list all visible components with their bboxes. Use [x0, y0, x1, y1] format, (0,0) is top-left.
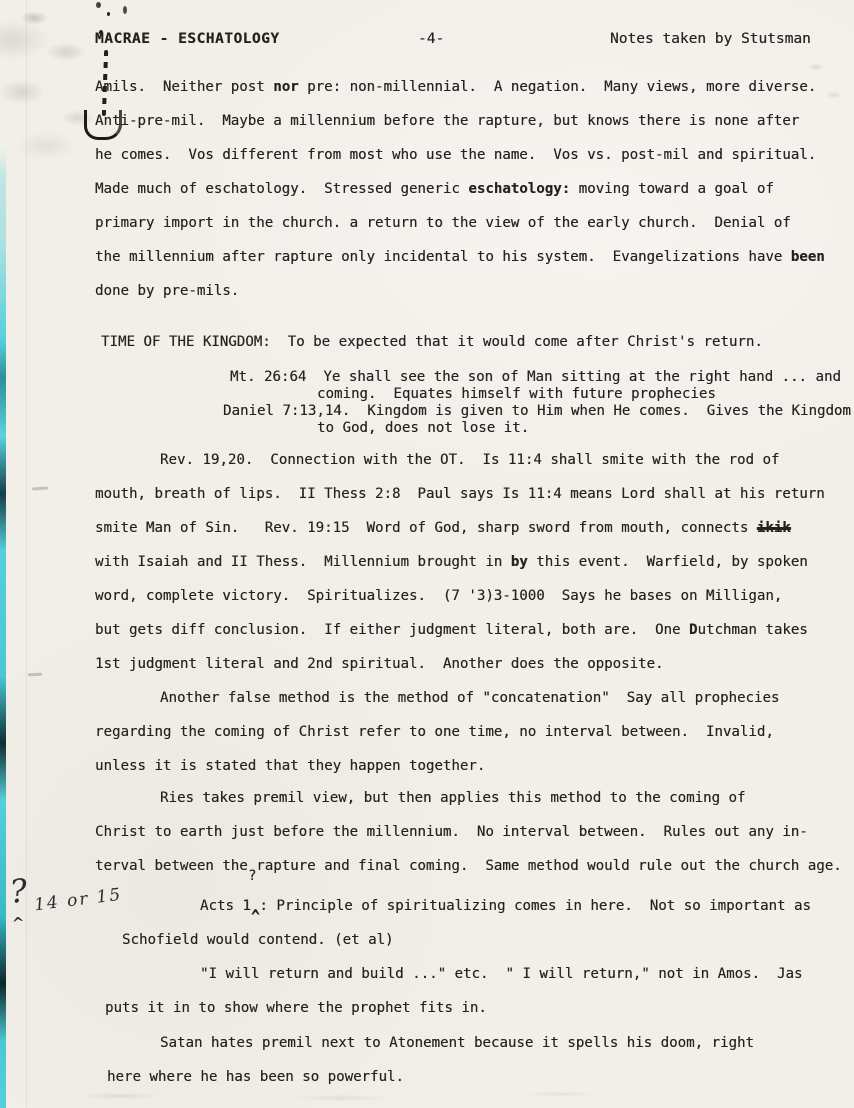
- text-line: "I will return and build ..." etc. " I w…: [95, 957, 854, 991]
- text-segment: by: [511, 554, 528, 570]
- text-segment: 1st judgment literal and 2nd spiritual. …: [95, 656, 664, 672]
- text-segment: Schofield would contend. (et al): [122, 932, 394, 948]
- text-line: Made much of eschatology. Stressed gener…: [95, 172, 854, 206]
- text-segment: with Isaiah and II Thess. Millennium bro…: [95, 554, 511, 570]
- text-line: Ries takes premil view, but then applies…: [95, 781, 854, 815]
- text-segment: he comes. Vos different from most who us…: [95, 147, 816, 163]
- text-segment: been: [791, 249, 825, 265]
- struck-out-word: ikik: [757, 520, 791, 536]
- ink-dot: [107, 12, 110, 16]
- text-segment: but gets diff conclusion. If either judg…: [95, 622, 689, 638]
- text-segment: Made much of eschatology. Stressed gener…: [95, 181, 468, 197]
- text-line: puts it in to show where the prophet fit…: [95, 991, 854, 1025]
- text-line: to God, does not lose it.: [95, 420, 854, 437]
- text-segment: Mt. 26:64 Ye shall see the son of Man si…: [230, 369, 841, 385]
- text-segment: coming. Equates himself with future prop…: [317, 386, 716, 402]
- text-segment: puts it in to show where the prophet fit…: [105, 1000, 487, 1016]
- paragraph-block: Rev. 19,20. Connection with the OT. Is 1…: [95, 443, 854, 681]
- text-segment: pre: non-millennial. A negation. Many vi…: [299, 79, 817, 95]
- paragraph-block: Satan hates premil next to Atonement bec…: [95, 1026, 854, 1094]
- text-line: word, complete victory. Spiritualizes. (…: [95, 579, 854, 613]
- text-line: terval between the rapture and final com…: [95, 849, 854, 883]
- text-line: Christ to earth just before the millenni…: [95, 815, 854, 849]
- text-segment: TIME OF THE KINGDOM: To be expected that…: [101, 334, 763, 350]
- text-segment: nor: [273, 79, 298, 95]
- handwritten-question-mark: ?: [8, 875, 28, 907]
- text-line: regarding the coming of Christ refer to …: [95, 715, 854, 749]
- text-line: Satan hates premil next to Atonement bec…: [95, 1026, 854, 1060]
- scan-edge-artifact: [0, 148, 6, 1108]
- text-segment: utchman takes: [697, 622, 807, 638]
- page-number: -4-: [418, 30, 444, 48]
- text-segment: Ries takes premil view, but then applies…: [160, 790, 745, 806]
- text-segment: the millennium after rapture only incide…: [95, 249, 791, 265]
- text-line: smite Man of Sin. Rev. 19:15 Word of God…: [95, 511, 854, 545]
- paragraph-block: TIME OF THE KINGDOM: To be expected that…: [95, 325, 854, 359]
- text-segment: "I will return and build ..." etc. " I w…: [200, 966, 802, 982]
- typed-text-body: Amils. Neither post nor pre: non-millenn…: [95, 70, 854, 1094]
- text-line: Another false method is the method of "c…: [95, 681, 854, 715]
- text-line: primary import in the church. a return t…: [95, 206, 854, 240]
- text-segment: this event. Warfield, by spoken: [528, 554, 808, 570]
- text-line: he comes. Vos different from most who us…: [95, 138, 854, 172]
- paragraph-block: Ries takes premil view, but then applies…: [95, 781, 854, 883]
- text-segment: word, complete victory. Spiritualizes. (…: [95, 588, 782, 604]
- text-segment: to God, does not lose it.: [317, 420, 529, 436]
- text-line: Acts 1 : Principle of spiritualizing com…: [95, 889, 854, 923]
- text-segment: done by pre-mils.: [95, 283, 239, 299]
- text-segment: Anti-pre-mil. Maybe a millennium before …: [95, 113, 799, 129]
- text-line: mouth, breath of lips. II Thess 2:8 Paul…: [95, 477, 854, 511]
- paragraph-block: Acts 1 : Principle of spiritualizing com…: [95, 889, 854, 957]
- typed-caret-mark: ^: [251, 905, 260, 928]
- text-line: Rev. 19,20. Connection with the OT. Is 1…: [95, 443, 854, 477]
- text-line: Anti-pre-mil. Maybe a millennium before …: [95, 104, 854, 138]
- typed-question-mark: ?: [248, 868, 256, 884]
- attribution: Notes taken by Stutsman: [610, 30, 811, 48]
- text-segment: Rev. 19,20. Connection with the OT. Is 1…: [160, 452, 779, 468]
- text-line: unless it is stated that they happen tog…: [95, 749, 854, 783]
- text-line: coming. Equates himself with future prop…: [95, 386, 854, 403]
- text-segment: unless it is stated that they happen tog…: [95, 758, 485, 774]
- text-segment: Daniel 7:13,14. Kingdom is given to Him …: [223, 403, 851, 419]
- paragraph-block: Amils. Neither post nor pre: non-millenn…: [95, 70, 854, 308]
- text-line: Daniel 7:13,14. Kingdom is given to Him …: [95, 403, 854, 420]
- paragraph-block: Mt. 26:64 Ye shall see the son of Man si…: [95, 369, 854, 437]
- text-segment: Christ to earth just before the millenni…: [95, 824, 808, 840]
- ink-dot: [96, 2, 101, 8]
- text-line: with Isaiah and II Thess. Millennium bro…: [95, 545, 854, 579]
- paragraph-block: "I will return and build ..." etc. " I w…: [95, 957, 854, 1025]
- text-line: the millennium after rapture only incide…: [95, 240, 854, 274]
- text-segment: eschatology:: [468, 181, 570, 197]
- text-line: but gets diff conclusion. If either judg…: [95, 613, 854, 647]
- text-segment: mouth, breath of lips. II Thess 2:8 Paul…: [95, 486, 825, 502]
- text-segment: moving toward a goal of: [570, 181, 774, 197]
- text-segment: Satan hates premil next to Atonement bec…: [160, 1035, 754, 1051]
- text-segment: Acts 1 : Principle of spiritualizing com…: [200, 898, 811, 914]
- text-segment: smite Man of Sin. Rev. 19:15 Word of God…: [95, 520, 757, 536]
- text-segment: primary import in the church. a return t…: [95, 215, 791, 231]
- text-line: done by pre-mils.: [95, 274, 854, 308]
- text-segment: here where he has been so powerful.: [107, 1069, 404, 1085]
- scanned-typewritten-page: MACRAE - ESCHATOLOGY -4- Notes taken by …: [0, 0, 854, 1108]
- pencil-mark: [32, 486, 48, 490]
- pencil-mark: [28, 673, 42, 677]
- text-segment: Another false method is the method of "c…: [160, 690, 779, 706]
- text-segment: regarding the coming of Christ refer to …: [95, 724, 774, 740]
- course-title: MACRAE - ESCHATOLOGY: [95, 30, 280, 48]
- ink-dot: [123, 6, 127, 14]
- handwritten-caret: ^: [11, 913, 25, 932]
- text-line: 1st judgment literal and 2nd spiritual. …: [95, 647, 854, 681]
- page-fold-line: [26, 0, 27, 1108]
- text-line: Mt. 26:64 Ye shall see the son of Man si…: [95, 369, 854, 386]
- text-segment: Amils. Neither post: [95, 79, 273, 95]
- text-line: TIME OF THE KINGDOM: To be expected that…: [95, 325, 854, 359]
- paragraph-block: Another false method is the method of "c…: [95, 681, 854, 783]
- text-segment: terval between the rapture and final com…: [95, 858, 842, 874]
- text-line: here where he has been so powerful.: [95, 1060, 854, 1094]
- text-line: Schofield would contend. (et al): [95, 923, 854, 957]
- text-line: Amils. Neither post nor pre: non-millenn…: [95, 70, 854, 104]
